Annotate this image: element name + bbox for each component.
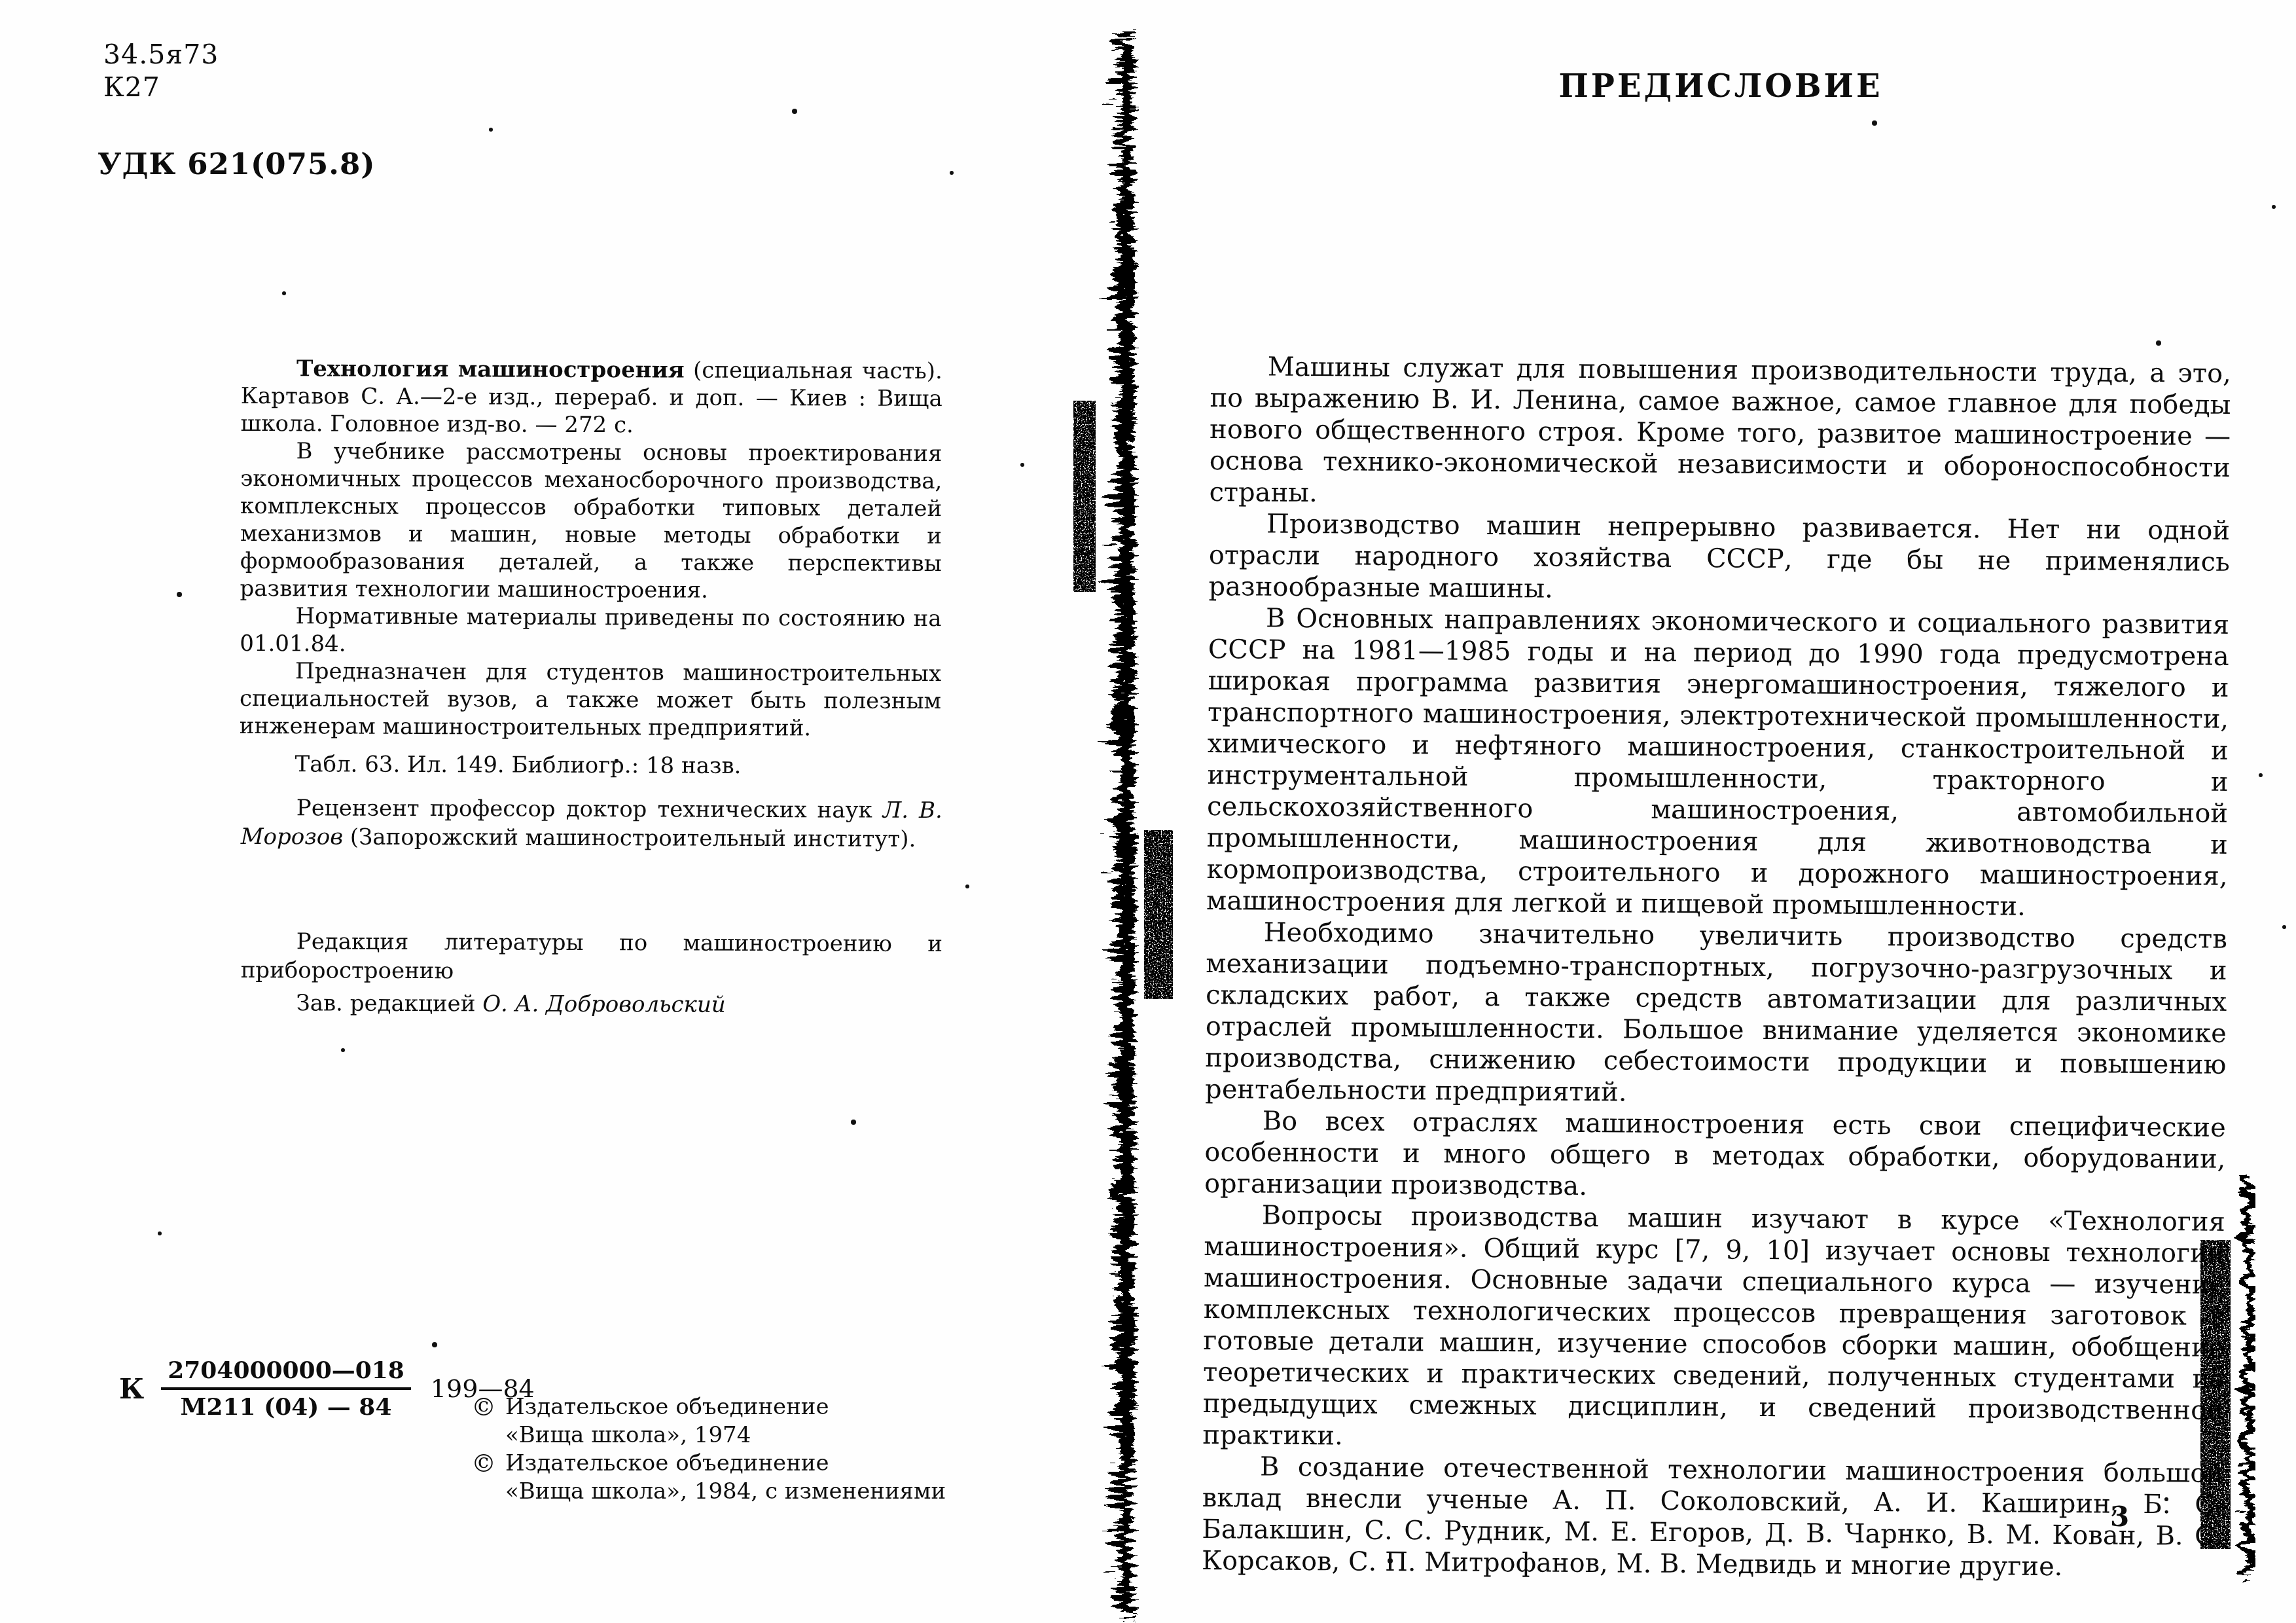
annotation-citation: Технология машиностроения (специальная ч… (241, 355, 942, 440)
copyright-line: Издательское объединение (505, 1393, 829, 1421)
copyright-icon: © (471, 1393, 496, 1450)
preface-paragraph: В создание отечественной технологии маши… (1202, 1451, 2223, 1584)
preface-title: ПРЕДИСЛОВИЕ (1210, 68, 2231, 105)
udk-number: УДК 621(075.8) (98, 147, 376, 181)
editorial-note: Редакция литературы по машиностроению и … (240, 927, 942, 1020)
copyright-text: Издательское объединение «Вища школа», 1… (505, 1393, 829, 1450)
copyright-notice-1984: © Издательское объединение «Вища школа»,… (471, 1450, 946, 1506)
preface-paragraph: В Основных направлениях экономического и… (1206, 602, 2229, 924)
annotation-paragraph: Предназначен для студентов машиностроите… (240, 657, 941, 742)
reviewer-rest: (Запорожский машиностроительный институт… (343, 824, 916, 852)
reviewer-lead: Рецензент профессор доктор технических н… (296, 795, 883, 823)
library-call-numbers: 34.5я73 К27 (103, 38, 219, 103)
annotation-statistics: Табл. 63. Ил. 149. Библиогр.: 18 назв. (240, 750, 941, 780)
gutter-scan-artifact (1067, 0, 1178, 1623)
editor-lead: Зав. редакцией (296, 990, 482, 1017)
reviewer-text: Рецензент профессор доктор технических н… (241, 793, 942, 854)
page-number: 3 (2110, 1501, 2129, 1533)
annotation-paragraph: Нормативные материалы приведены по состо… (240, 602, 941, 660)
scan-specks (0, 0, 3, 3)
copyright-line: Издательское объединение (505, 1450, 946, 1478)
copyright-notice-1974: © Издательское объединение «Вища школа»,… (471, 1393, 946, 1450)
copyright-icon: © (471, 1450, 496, 1506)
catalog-prefix: К (119, 1373, 144, 1405)
preface-paragraph: Необходимо значительно увеличить произво… (1205, 917, 2227, 1112)
annotation-paragraph: В учебнике рассмотрены основы проектиров… (240, 437, 942, 605)
editorial-head: Зав. редакцией О. А. Добровольский (240, 989, 942, 1020)
preface-body: Машины служат для повышения производител… (1202, 351, 2231, 1584)
copyright-text: Издательское объединение «Вища школа», 1… (505, 1450, 946, 1506)
editor-name: О. А. Добровольский (482, 991, 726, 1017)
preface-paragraph: Вопросы производства машин изучают в кур… (1202, 1199, 2225, 1458)
catalog-denominator: М211 (04) — 84 (161, 1390, 411, 1421)
catalog-fraction: 2704000000—018 М211 (04) — 84 (161, 1357, 411, 1421)
book-title: Технология машиностроения (296, 356, 685, 383)
preface-paragraph: Машины служат для повышения производител… (1209, 351, 2231, 515)
reviewer-note: Рецензент профессор доктор технических н… (241, 793, 942, 854)
copyright-line: «Вища школа», 1974 (505, 1421, 829, 1450)
scan-noise-right-edge (2197, 1167, 2255, 1586)
scanned-book-spread: 34.5я73 К27 УДК 621(075.8) Технология ма… (0, 0, 2296, 1623)
copyright-block: © Издательское объединение «Вища школа»,… (471, 1393, 946, 1506)
editorial-line: Редакция литературы по машиностроению и … (241, 927, 942, 987)
preface-paragraph: Во всех отраслях машиностроения есть сво… (1204, 1105, 2226, 1207)
author-sign: К27 (103, 71, 219, 103)
bbk-code: 34.5я73 (103, 38, 219, 71)
bibliographic-annotation: Технология машиностроения (специальная ч… (240, 355, 942, 780)
copyright-line: «Вища школа», 1984, с изменениями (505, 1478, 946, 1506)
preface-paragraph: Производство машин непрерывно развиваетс… (1208, 508, 2230, 610)
catalog-numerator: 2704000000—018 (161, 1357, 411, 1390)
